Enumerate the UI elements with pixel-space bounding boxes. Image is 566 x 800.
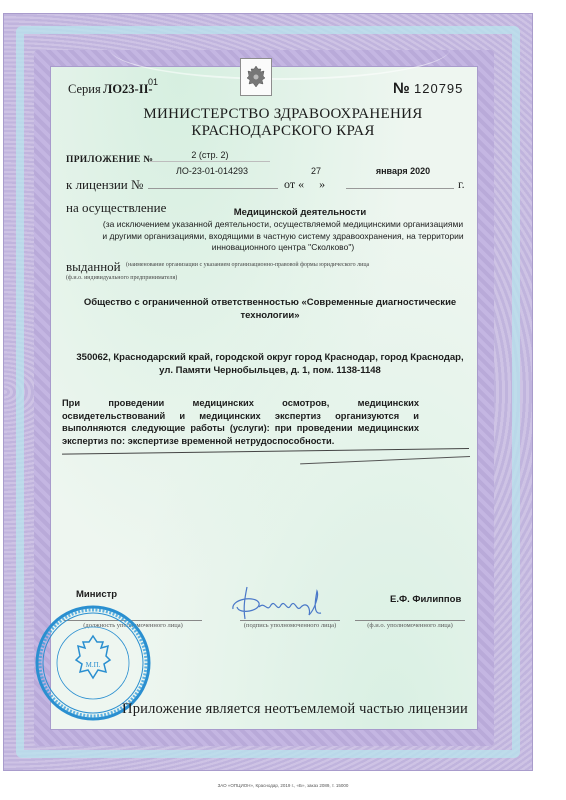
license-day: 27 <box>306 166 326 176</box>
ministry-title: МИНИСТЕРСТВО ЗДРАВООХРАНЕНИЯ КРАСНОДАРСК… <box>0 106 566 140</box>
handwritten-signature <box>225 585 335 625</box>
issued-note: (наименование организации с указанием ор… <box>126 262 476 268</box>
appendix-label: ПРИЛОЖЕНИЕ № <box>66 155 153 165</box>
coat-of-arms-icon <box>240 58 272 96</box>
organization-address: 350062, Краснодарский край, городской ок… <box>70 351 470 377</box>
name-caption: (ф.и.о. уполномоченного лица) <box>355 622 465 629</box>
series-code: ЛО23-II- <box>103 82 153 97</box>
position-title: Министр <box>76 589 117 600</box>
license-label: к лицензии № <box>66 177 143 193</box>
issued-label: выданной <box>66 259 121 275</box>
svg-text:М.П.: М.П. <box>86 661 101 669</box>
activity-label: на осуществление <box>66 200 166 216</box>
issued-note-2: (ф.и.о. индивидуального предпринимателя) <box>66 275 177 281</box>
works-description: При проведении медицинских осмотров, мед… <box>62 397 419 447</box>
organization-name: Общество с ограниченной ответственностью… <box>70 296 470 322</box>
name-line <box>355 620 465 621</box>
license-number: ЛО-23-01-014293 <box>150 166 274 176</box>
printer-imprint: ЗАО «ОПЦИОН», Краснодар, 2019 г., «Б», з… <box>0 783 566 788</box>
from-label: от « » <box>284 177 325 192</box>
floral-ornament <box>110 18 450 80</box>
activity-title: Медицинской деятельности <box>200 207 400 218</box>
activity-note: (за исключением указанной деятельности, … <box>100 219 466 254</box>
document-number: 120795 <box>414 81 463 96</box>
license-month-year: января 2020 <box>348 166 458 176</box>
ministry-line-1: МИНИСТЕРСТВО ЗДРАВООХРАНЕНИЯ <box>0 106 566 123</box>
year-suffix: г. <box>458 177 465 192</box>
series-label: Серия <box>68 82 101 97</box>
appendix-number: 2 (стр. 2) <box>150 150 270 162</box>
appendix-footer-note: Приложение является неотъемлемой частью … <box>100 701 490 718</box>
date-line <box>346 188 454 189</box>
license-number-line <box>148 188 278 189</box>
number-sign: № <box>393 80 410 97</box>
ministry-line-2: КРАСНОДАРСКОГО КРАЯ <box>0 123 566 140</box>
series-suffix: 01 <box>148 77 158 87</box>
signer-name: Е.Ф. Филиппов <box>390 594 461 605</box>
